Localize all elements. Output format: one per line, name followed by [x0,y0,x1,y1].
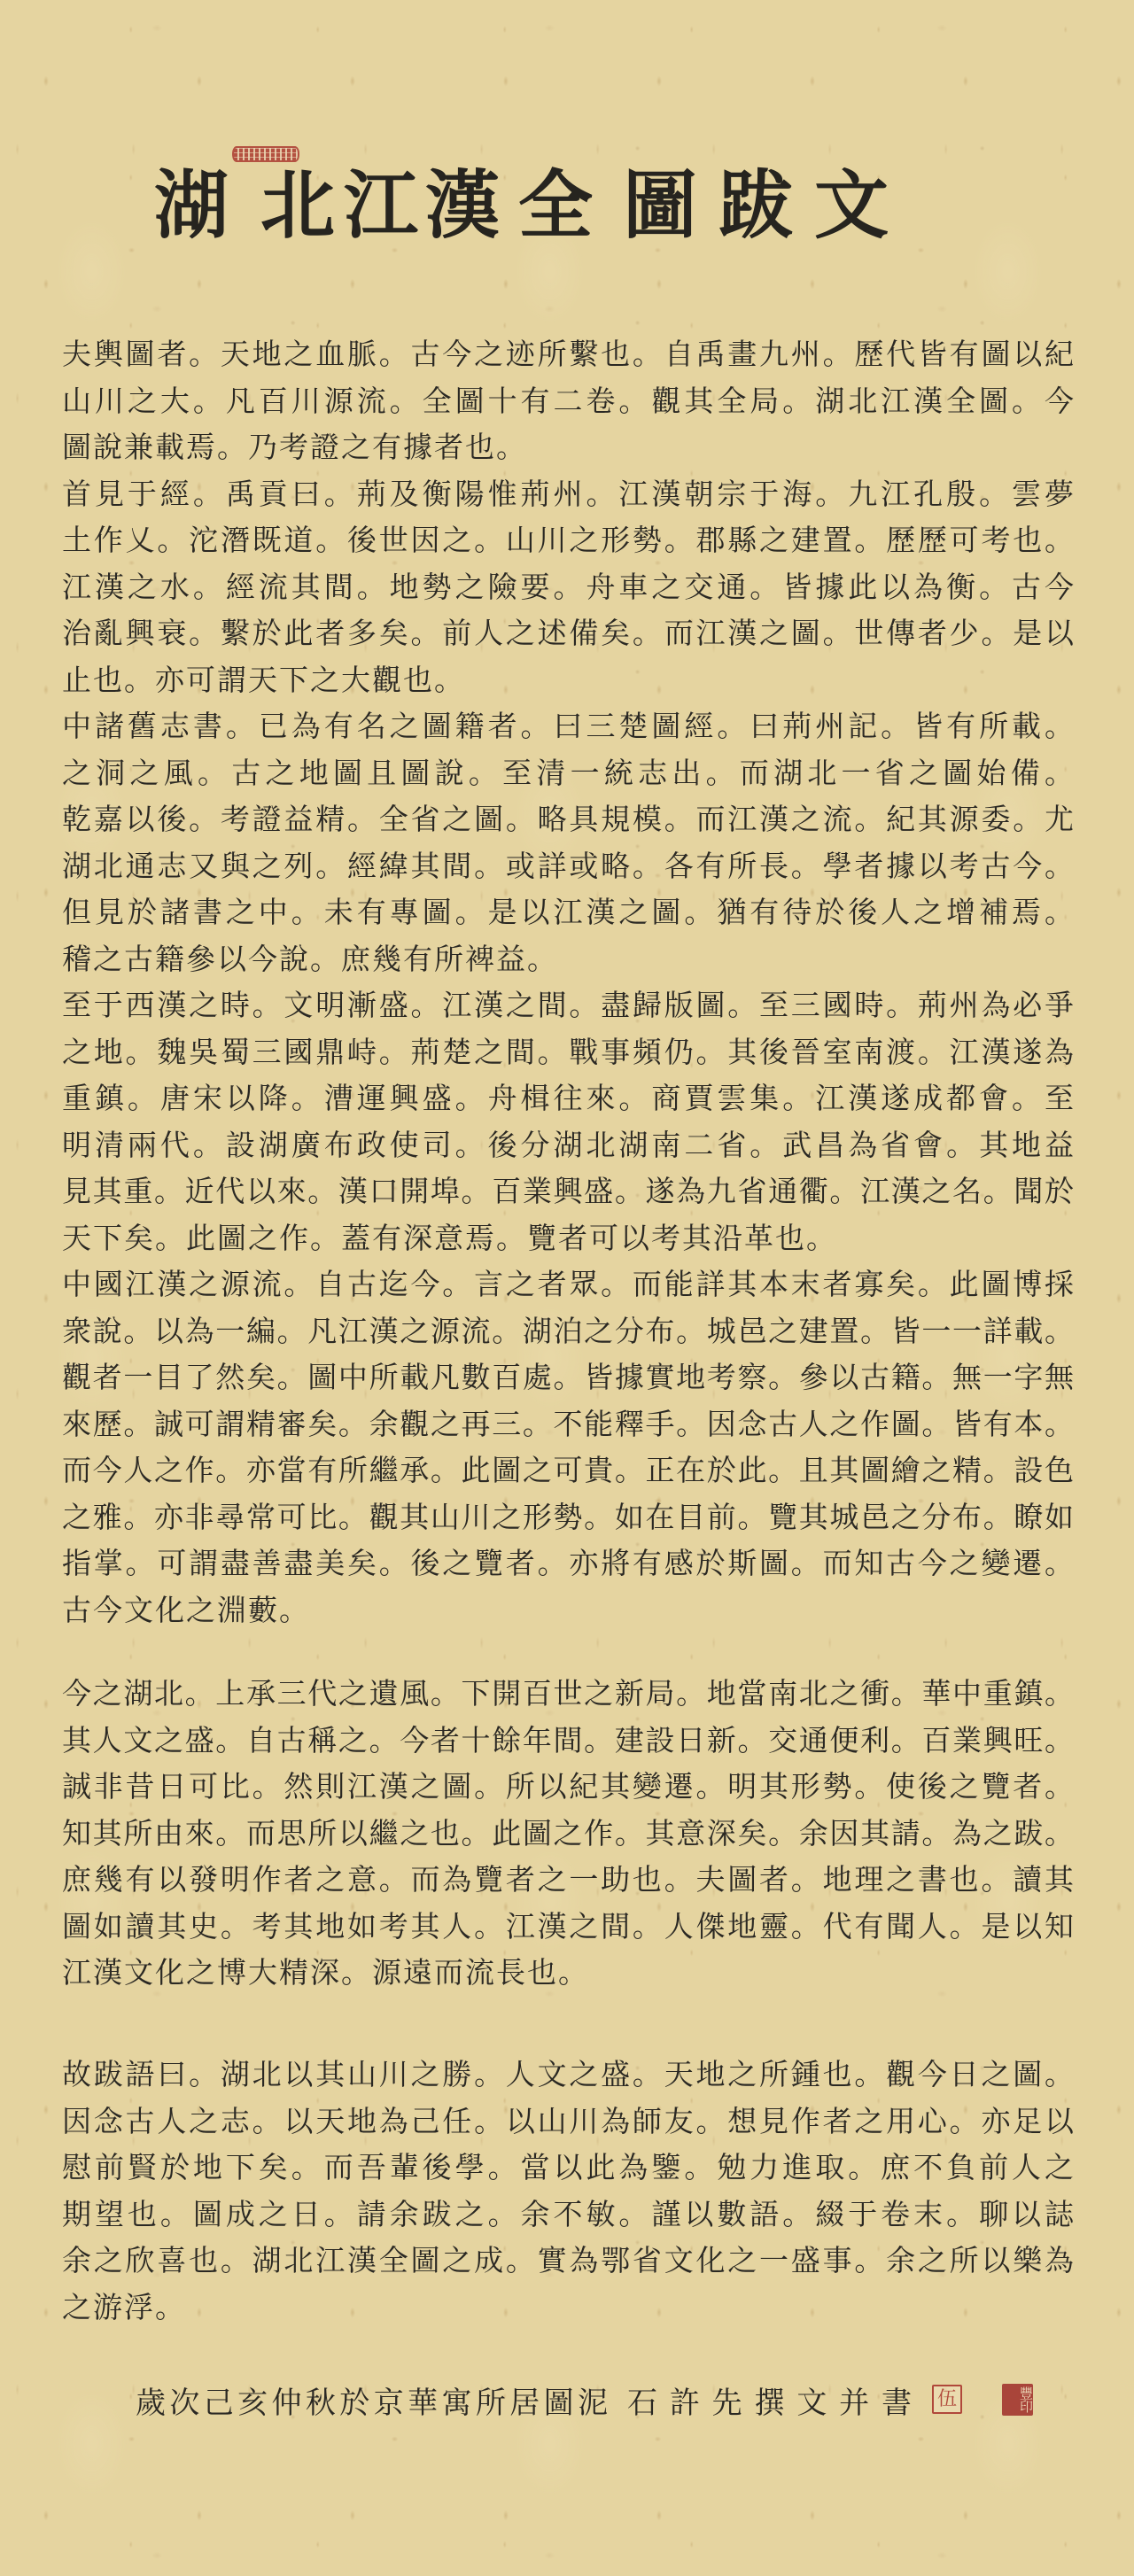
text-line: 期望也。圖成之日。請余跋之。余不敏。謹以數語。綴于卷末。聊以誌 [62,2192,1074,2238]
text-line: 誠非昔日可比。然則江漢之圖。所以紀其變遷。明其形勢。使後之覽者。 [62,1764,1074,1811]
text-line: 衆說。以為一編。凡江漢之源流。湖泊之分布。城邑之建置。皆一一詳載。 [62,1308,1074,1355]
text-line: 指掌。可謂盡善盡美矣。後之覽者。亦將有感於斯圖。而知古今之變遷。 [62,1540,1074,1587]
title-char: 江 [337,161,425,250]
paragraph-7: 故跋語曰。湖北以其山川之勝。人文之盛。天地之所鍾也。觀今日之圖。 因念古人之志。… [62,2052,1074,2331]
text-line: 之地。魏吳蜀三國鼎峙。荊楚之間。戰事頻仍。其後晉室南渡。江漢遂為 [62,1029,1074,1076]
signature-date-place: 歲次己亥仲秋於京華寓所居圖泥 [136,2383,608,2424]
text-line: 而今人之作。亦當有所繼承。此圖之可貴。正在於此。且其圖繪之精。設色 [62,1447,1074,1494]
text-line: 明清兩代。設湖廣布政使司。後分湖北湖南二省。武昌為省會。其地益 [62,1122,1074,1169]
title-char: 湖 [147,161,236,250]
text-line: 首見于經。禹貢曰。荊及衡陽惟荊州。江漢朝宗于海。九江孔殷。雲夢 [62,471,1074,518]
paragraph-4: 至于西漢之時。文明漸盛。江漢之間。盡歸版圖。至三國時。荊州為必爭 之地。魏吳蜀三… [62,982,1074,1261]
text-line: 乾嘉以後。考證益精。全省之圖。略具規模。而江漢之流。紀其源委。尤 [62,796,1074,843]
title-char: 圖 [616,161,704,250]
text-line: 觀者一目了然矣。圖中所載凡數百處。皆據實地考察。參以古籍。無一字無 [62,1354,1074,1401]
text-line: 治亂興衰。繫於此者多矣。前人之述備矣。而江漢之圖。世傳者少。是以 [62,610,1074,657]
text-line: 今之湖北。上承三代之遺風。下開百世之新局。地當南北之衝。華中重鎮。 [62,1671,1074,1718]
paragraph-1: 夫輿圖者。天地之血脈。古今之迹所繫也。自禹畫九州。歷代皆有圖以紀 山川之大。凡百… [62,331,1074,471]
signature-author: 石許先撰文并書 [627,2383,912,2424]
paragraph-2: 首見于經。禹貢曰。荊及衡陽惟荊州。江漢朝宗于海。九江孔殷。雲夢 土作乂。沱潛既道… [62,471,1074,704]
title-char: 跋 [711,161,800,250]
text-line: 重鎮。唐宋以降。漕運興盛。舟楫往來。商賈雲集。江漢遂成都會。至 [62,1075,1074,1122]
paragraph-3: 中諸舊志書。已為有名之圖籍者。曰三楚圖經。曰荊州記。皆有所載。 之洞之風。古之地… [62,703,1074,982]
seal-name-red-text: 伍 [932,2385,962,2414]
text-line: 其人文之盛。自古稱之。今者十餘年間。建設日新。交通便利。百業興旺。 [62,1718,1074,1765]
page-title: 湖 北 江 漢 全 圖 跋 文 [0,161,1134,250]
title-char: 北 [253,161,342,250]
text-line: 來歷。誠可謂精審矣。余觀之再三。不能釋手。因念古人之作圖。皆有本。 [62,1401,1074,1448]
text-line: 湖北通志又與之列。經緯其間。或詳或略。各有所長。學者據以考古今。 [62,843,1074,890]
text-line: 至于西漢之時。文明漸盛。江漢之間。盡歸版圖。至三國時。荊州為必爭 [62,982,1074,1029]
text-line: 天下矣。此圖之作。蓋有深意焉。覽者可以考其沿革也。 [62,1215,1074,1262]
text-line: 土作乂。沱潛既道。後世因之。山川之形勢。郡縣之建置。歷歷可考也。 [62,517,1074,564]
text-line: 夫輿圖者。天地之血脈。古今之迹所繫也。自禹畫九州。歷代皆有圖以紀 [62,331,1074,378]
title-char: 文 [807,161,896,250]
paragraph-5: 中國江漢之源流。自古迄今。言之者眾。而能詳其本末者寡矣。此圖博採 衆說。以為一編… [62,1261,1074,1633]
paragraph-6: 今之湖北。上承三代之遺風。下開百世之新局。地當南北之衝。華中重鎮。 其人文之盛。… [62,1671,1074,1997]
text-line: 故跋語曰。湖北以其山川之勝。人文之盛。天地之所鍾也。觀今日之圖。 [62,2052,1074,2099]
text-line: 之游浮。 [62,2285,1074,2332]
text-line: 中國江漢之源流。自古迄今。言之者眾。而能詳其本末者寡矣。此圖博採 [62,1261,1074,1308]
text-line: 止也。亦可謂天下之大觀也。 [62,657,1074,704]
title-char: 漢 [418,161,507,250]
body-text-main: 夫輿圖者。天地之血脈。古今之迹所繫也。自禹畫九州。歷代皆有圖以紀 山川之大。凡百… [62,331,1074,1633]
text-line: 中諸舊志書。已為有名之圖籍者。曰三楚圖經。曰荊州記。皆有所載。 [62,703,1074,750]
text-line: 稽之古籍參以今說。庶幾有所裨益。 [62,936,1074,983]
text-line: 之洞之風。古之地圖且圖說。至清一統志出。而湖北一省之圖始備。 [62,750,1074,797]
seal-name-white-text: 豐印 [1002,2384,1033,2416]
text-line: 庶幾有以發明作者之意。而為覽者之一助也。夫圖者。地理之書也。讀其 [62,1857,1074,1904]
text-line: 慰前賢於地下矣。而吾輩後學。當以此為鑒。勉力進取。庶不負前人之 [62,2145,1074,2192]
text-line: 圖說兼載焉。乃考證之有據者也。 [62,424,1074,471]
seal-top-leisure [232,146,299,162]
calligraphy-scroll: 湖 北 江 漢 全 圖 跋 文 夫輿圖者。天地之血脈。古今之迹所繫也。自禹畫九州… [0,0,1134,2576]
text-line: 江漢文化之博大精深。源遠而流長也。 [62,1950,1074,1997]
text-line: 見其重。近代以來。漢口開埠。百業興盛。遂為九省通衢。江漢之名。聞於 [62,1168,1074,1215]
text-line: 江漢之水。經流其間。地勢之險要。舟車之交通。皆據此以為衡。古今 [62,564,1074,611]
text-line: 余之欣喜也。湖北江漢全圖之成。實為鄂省文化之一盛事。余之所以樂為 [62,2238,1074,2285]
text-line: 因念古人之志。以天地為己任。以山川為師友。想見作者之用心。亦足以 [62,2099,1074,2145]
text-line: 古今文化之淵藪。 [62,1587,1074,1634]
text-line: 但見於諸書之中。未有專圖。是以江漢之圖。猶有待於後人之增補焉。 [62,889,1074,936]
text-line: 之雅。亦非尋常可比。觀其山川之形勢。如在目前。覽其城邑之分布。瞭如 [62,1494,1074,1541]
text-line: 山川之大。凡百川源流。全圖十有二卷。觀其全局。湖北江漢全圖。今 [62,378,1074,425]
text-line: 圖如讀其史。考其地如考其人。江漢之間。人傑地靈。代有聞人。是以知 [62,1904,1074,1951]
title-char: 全 [511,161,600,250]
text-line: 知其所由來。而思所以繼之也。此圖之作。其意深矣。余因其請。為之跋。 [62,1811,1074,1858]
